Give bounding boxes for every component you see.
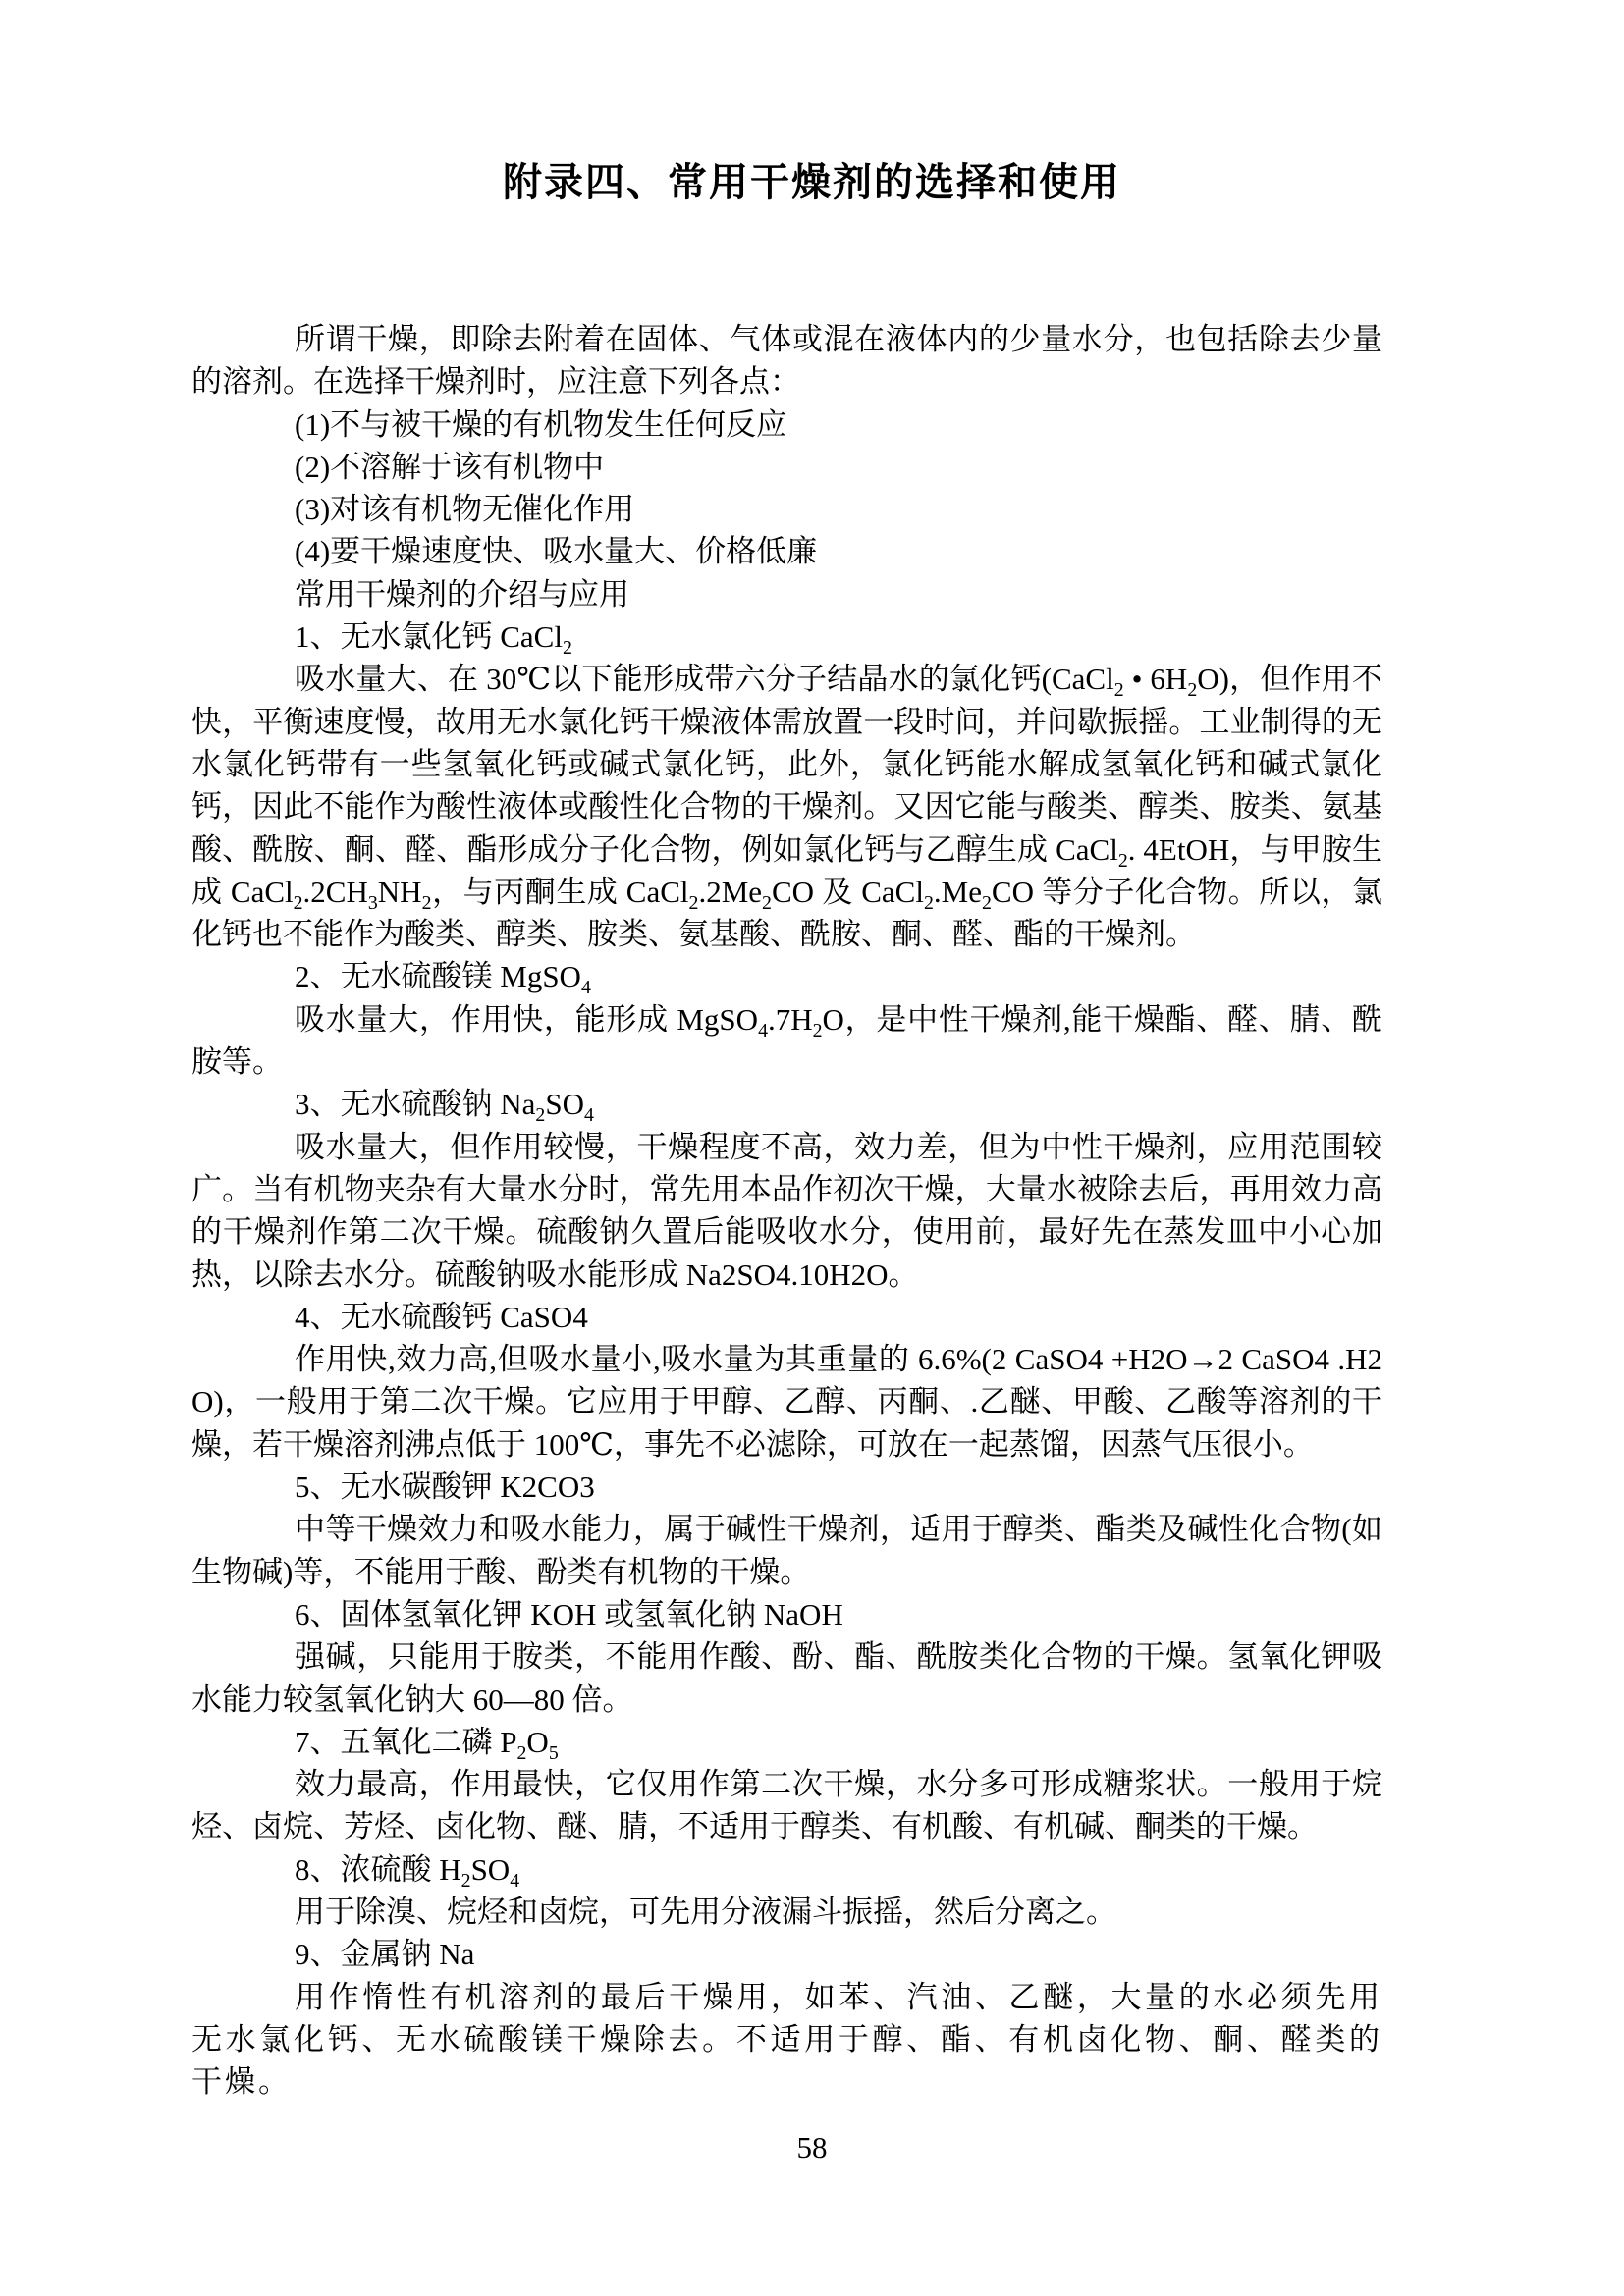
- chemical-subscript: 2: [563, 637, 572, 659]
- chemical-subscript: 2: [813, 1020, 823, 1041]
- chemical-subscript: 2: [1187, 680, 1197, 702]
- chemical-subscript: 4: [584, 1105, 594, 1127]
- paragraph-section-body: 强碱，只能用于胺类，不能用作酸、酚、酯、酰胺类化合物的干燥。氢氧化钾吸水能力较氢…: [191, 1635, 1382, 1721]
- paragraph-section-body: 中等干燥效力和吸水能力，属于碱性干燥剂，适用于醇类、酯类及碱性化合物(如生物碱)…: [191, 1508, 1382, 1593]
- paragraph-section-body: 用作惰性有机溶剂的最后干燥用，如苯、汽油、乙醚，大量的水必须先用无水氯化钙、无水…: [191, 1976, 1382, 2104]
- paragraph-section-body: 效力最高，作用最快，它仅用作第二次干燥，水分多可形成糖浆状。一般用于烷烃、卤烷、…: [191, 1763, 1382, 1848]
- paragraph-section-heading: 7、五氧化二磷 P2O5: [191, 1721, 1382, 1763]
- paragraph-section-heading: 1、无水氯化钙 CaCl2: [191, 615, 1382, 658]
- chemical-subscript: 2: [422, 892, 432, 914]
- paragraph-list-item: (3)对该有机物无催化作用: [191, 488, 1382, 530]
- paragraph-section-heading: 2、无水硫酸镁 MgSO4: [191, 955, 1382, 997]
- chemical-subscript: 2: [1114, 680, 1124, 702]
- chemical-subscript: 2: [762, 892, 772, 914]
- paragraph-section-heading: 3、无水硫酸钠 Na2SO4: [191, 1083, 1382, 1125]
- chemical-subscript: 2: [689, 892, 699, 914]
- paragraph-subheading: 常用干燥剂的介绍与应用: [191, 573, 1382, 615]
- chemical-subscript: 2: [924, 892, 934, 914]
- chemical-subscript: 2: [535, 1105, 545, 1127]
- chemical-subscript: 3: [368, 892, 378, 914]
- paragraph-section-heading: 9、金属钠 Na: [191, 1933, 1382, 1975]
- paragraph-section-body: 吸水量大，但作用较慢，干燥程度不高，效力差，但为中性干燥剂，应用范围较广。当有机…: [191, 1126, 1382, 1296]
- paragraph-section-heading: 4、无水硫酸钙 CaSO4: [191, 1296, 1382, 1338]
- chemical-subscript: 4: [510, 1870, 519, 1892]
- paragraph-list-item: (1)不与被干燥的有机物发生任何反应: [191, 403, 1382, 446]
- chemical-subscript: 4: [581, 978, 591, 999]
- page-number: 58: [0, 2128, 1624, 2167]
- paragraph-intro: 所谓干燥，即除去附着在固体、气体或混在液体内的少量水分，也包括除去少量的溶剂。在…: [191, 318, 1382, 403]
- document-body: 所谓干燥，即除去附着在固体、气体或混在液体内的少量水分，也包括除去少量的溶剂。在…: [191, 318, 1382, 2103]
- chemical-subscript: 2: [1118, 850, 1128, 872]
- page-title: 附录四、常用干燥剂的选择和使用: [0, 157, 1624, 208]
- paragraph-section-body: 用于除溴、烷烃和卤烷，可先用分液漏斗振摇，然后分离之。: [191, 1891, 1382, 1933]
- chemical-subscript: 5: [549, 1742, 559, 1764]
- chemical-subscript: 4: [758, 1020, 768, 1041]
- paragraph-section-body: 吸水量大、在 30℃以下能形成带六分子结晶水的氯化钙(CaCl2 • 6H2O)…: [191, 658, 1382, 955]
- paragraph-section-heading: 8、浓硫酸 H2SO4: [191, 1848, 1382, 1891]
- document-page: 附录四、常用干燥剂的选择和使用 所谓干燥，即除去附着在固体、气体或混在液体内的少…: [0, 0, 1624, 2296]
- chemical-subscript: 2: [294, 892, 303, 914]
- chemical-subscript: 2: [517, 1742, 527, 1764]
- chemical-subscript: 2: [461, 1870, 471, 1892]
- paragraph-section-heading: 6、固体氢氧化钾 KOH 或氢氧化钠 NaOH: [191, 1593, 1382, 1635]
- paragraph-list-item: (4)要干燥速度快、吸水量大、价格低廉: [191, 530, 1382, 572]
- paragraph-section-body: 作用快,效力高,但吸水量小,吸水量为其重量的 6.6%(2 CaSO4 +H2O…: [191, 1338, 1382, 1466]
- paragraph-section-body: 吸水量大，作用快，能形成 MgSO4.7H2O，是中性干燥剂,能干燥酯、醛、腈、…: [191, 998, 1382, 1084]
- paragraph-section-heading: 5、无水碳酸钾 K2CO3: [191, 1466, 1382, 1508]
- paragraph-list-item: (2)不溶解于该有机物中: [191, 446, 1382, 488]
- chemical-subscript: 2: [982, 892, 992, 914]
